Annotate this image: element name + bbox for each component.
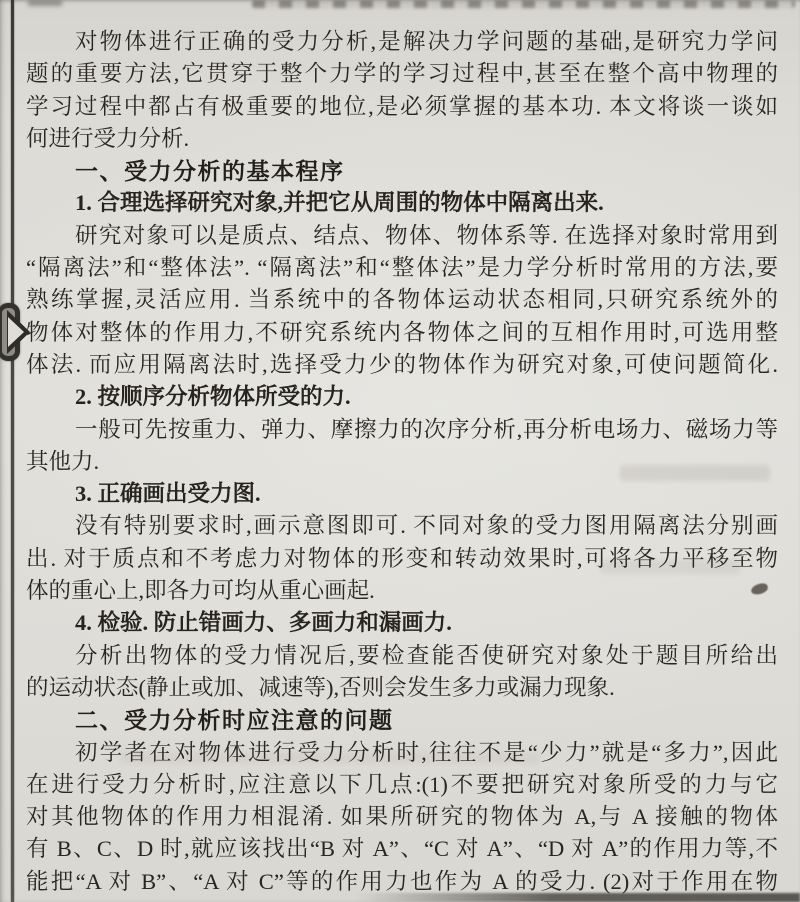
text-line: 1. 合理选择研究对象,并把它从周围的物体中隔离出来. bbox=[26, 187, 778, 219]
scanned-textbook-page: 对物体进行正确的受力分析,是解决力学问题的基础,是研究力学问题的重要方法,它贯穿… bbox=[0, 0, 800, 902]
text-line: 体法. 而应用隔离法时,选择受力少的物体作为研究对象,可使问题简化. bbox=[26, 349, 778, 381]
scan-smudge-top-left bbox=[28, 0, 62, 6]
text-line: 3. 正确画出受力图. bbox=[26, 478, 778, 510]
marker-arrow-light-icon bbox=[8, 317, 24, 347]
text-line: 对物体进行正确的受力分析,是解决力学问题的基础,是研究力学问 bbox=[26, 26, 778, 58]
text-line: 二、受力分析时应注意的问题 bbox=[26, 704, 778, 736]
text-line: 在进行受力分析时,应注意以下几点:(1)不要把研究对象所受的力与它 bbox=[26, 769, 778, 801]
text-line: 物体对整体的作用力,不研究系统内各物体之间的互相作用时,可选用整 bbox=[26, 317, 778, 349]
text-line: 有 B、C、D 时,就应该找出“B 对 A”、“C 对 A”、“D 对 A”的作… bbox=[26, 833, 778, 865]
text-line: 其他力. bbox=[26, 446, 778, 478]
text-line: 一般可先按重力、弹力、摩擦力的次序分析,再分析电场力、磁场力等 bbox=[26, 414, 778, 446]
text-line: 题的重要方法,它贯穿于整个力学的学习过程中,甚至在整个高中物理的 bbox=[26, 58, 778, 90]
text-line: 一、受力分析的基本程序 bbox=[26, 155, 778, 187]
text-line: 研究对象可以是质点、结点、物体、物体系等. 在选择对象时常用到 bbox=[26, 220, 778, 252]
text-line: 没有特别要求时,画示意图即可. 不同对象的受力图用隔离法分别画 bbox=[26, 510, 778, 542]
scan-bleedthrough-top bbox=[252, 0, 795, 8]
text-line: 何进行受力分析. bbox=[26, 123, 778, 155]
text-line: 能把“A 对 B”、“A 对 C”等的作用力也作为 A 的受力. (2)对于作用… bbox=[26, 866, 778, 898]
text-line: 的运动状态(静止或加、减速等),否则会发生多力或漏力现象. bbox=[26, 672, 778, 704]
text-line: 出. 对于质点和不考虑力对物体的形变和转动效果时,可将各力平移至物 bbox=[26, 543, 778, 575]
page-gutter-line bbox=[11, 0, 14, 902]
text-line: 体的重心上,即各力可均从重心画起. bbox=[26, 575, 778, 607]
text-line: 4. 检验. 防止错画力、多画力和漏画力. bbox=[26, 607, 778, 639]
text-column: 对物体进行正确的受力分析,是解决力学问题的基础,是研究力学问题的重要方法,它贯穿… bbox=[26, 26, 778, 898]
text-line: 对其他物体的作用力相混淆. 如果所研究的物体为 A,与 A 接触的物体 bbox=[26, 801, 778, 833]
text-line: “隔离法”和“整体法”. “隔离法”和“整体法”是力学分析时常用的方法,要 bbox=[26, 252, 778, 284]
text-line: 2. 按顺序分析物体所受的力. bbox=[26, 381, 778, 413]
page-marker-icon bbox=[0, 303, 30, 361]
text-line: 熟练掌握,灵活应用. 当系统中的各物体运动状态相同,只研究系统外的 bbox=[26, 284, 778, 316]
text-line: 分析出物体的受力情况后,要检查能否使研究对象处于题目所给出 bbox=[26, 640, 778, 672]
text-line: 初学者在对物体进行受力分析时,往往不是“少力”就是“多力”,因此 bbox=[26, 737, 778, 769]
text-line: 学习过程中都占有极重要的地位,是必须掌握的基本功. 本文将谈一谈如 bbox=[26, 91, 778, 123]
